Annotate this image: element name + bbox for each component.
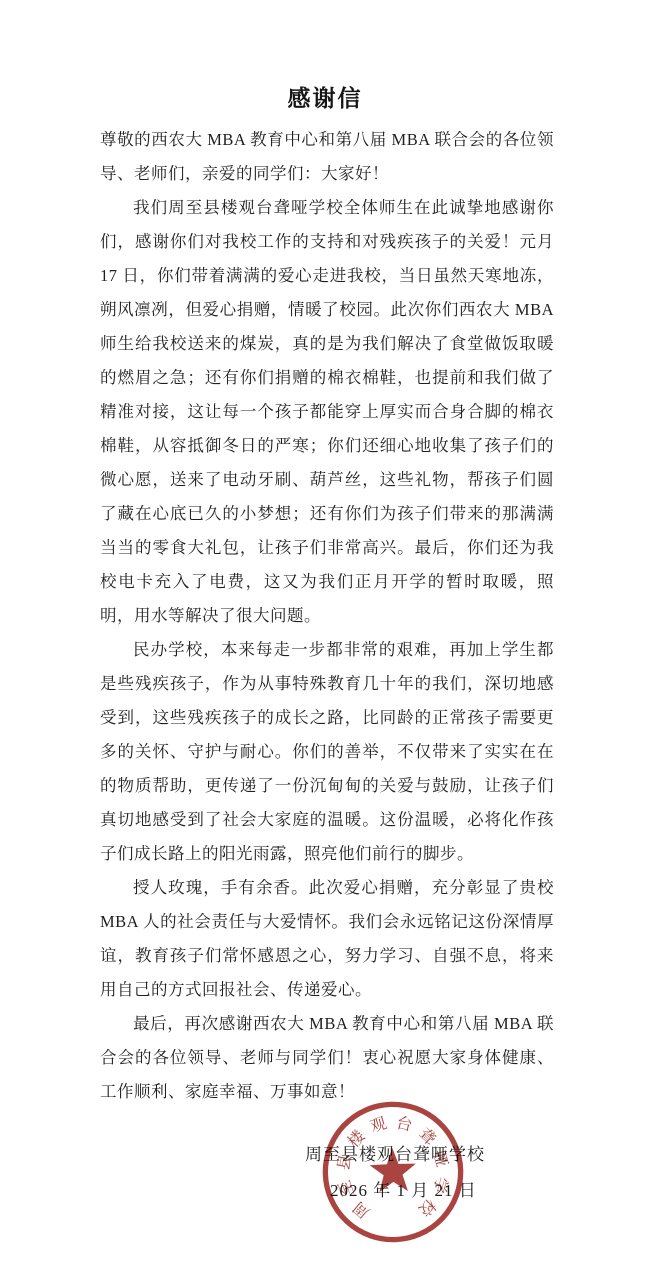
paragraph-donation-details: 我们周至县楼观台聋哑学校全体师生在此诚挚地感谢你们，感谢你们对我校工作的支持和对… — [100, 191, 554, 633]
svg-text:学: 学 — [430, 1175, 452, 1195]
salutation-paragraph: 尊敬的西农大 MBA 教育中心和第八届 MBA 联合会的各位领导、老师们，亲爱的… — [100, 123, 554, 191]
official-stamp-seal: 周至县楼观台聋哑学校 — [314, 1093, 471, 1250]
letter-body: 尊敬的西农大 MBA 教育中心和第八届 MBA 联合会的各位领导、老师们，亲爱的… — [100, 123, 554, 1109]
svg-text:至: 至 — [336, 1178, 358, 1199]
svg-text:校: 校 — [414, 1195, 439, 1220]
thank-you-letter-page: 感谢信 尊敬的西农大 MBA 教育中心和第八届 MBA 联合会的各位领导、老师们… — [0, 0, 650, 1279]
star-icon — [369, 1147, 417, 1193]
paragraph-gratitude: 授人玫瑰，手有余香。此次爱心捐赠，充分彰显了贵校 MBA 人的社会责任与大爱情怀… — [100, 871, 554, 1007]
svg-text:观: 观 — [368, 1114, 389, 1136]
svg-text:周: 周 — [350, 1198, 374, 1222]
paragraph-school-situation: 民办学校，本来每走一步都非常的艰难，再加上学生都是些残疾孩子，作为从事特殊教育几… — [100, 633, 554, 871]
paragraph-closing-wishes: 最后，再次感谢西农大 MBA 教育中心和第八届 MBA 联合会的各位领导、老师与… — [100, 1007, 554, 1109]
svg-text:聋: 聋 — [415, 1124, 440, 1149]
svg-text:台: 台 — [394, 1114, 414, 1135]
svg-text:哑: 哑 — [430, 1149, 452, 1169]
svg-text:楼: 楼 — [345, 1126, 370, 1151]
svg-text:县: 县 — [334, 1153, 355, 1172]
letter-title: 感谢信 — [0, 0, 650, 113]
